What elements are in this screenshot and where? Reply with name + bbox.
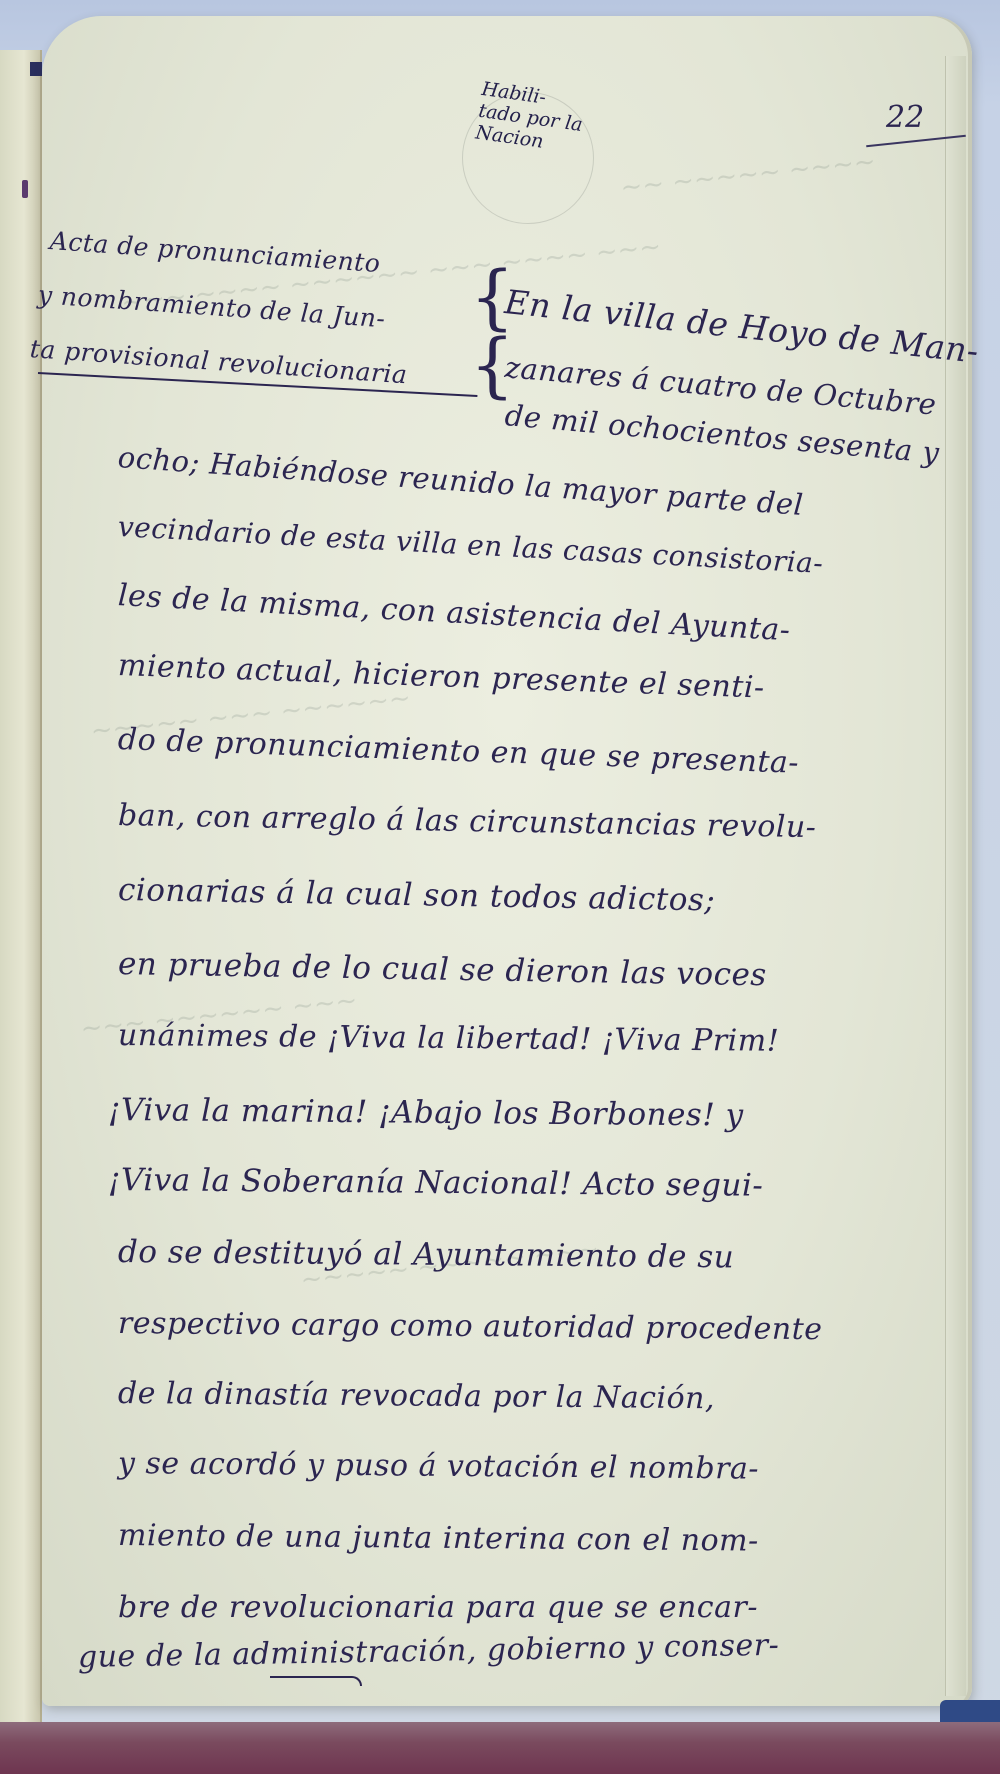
body-line: de la dinastía revocada por la Nación, — [118, 1376, 715, 1416]
spine-mark — [30, 62, 42, 76]
page-stack-edge — [945, 56, 966, 1696]
body-line: bre de revolucionaria para que se encar- — [118, 1590, 758, 1625]
body-line: y se acordó y puso á votación el nombra- — [118, 1446, 759, 1487]
body-line: ¡Viva la marina! ¡Abajo los Borbones! y — [108, 1092, 744, 1134]
body-line: unánimes de ¡Viva la libertad! ¡Viva Pri… — [118, 1018, 780, 1059]
body-line: do se destituyó al Ayuntamiento de su — [118, 1234, 734, 1275]
book-cover-maroon — [0, 1722, 1000, 1774]
body-line: respectivo cargo como autoridad proceden… — [118, 1306, 823, 1347]
underline-flourish — [270, 1676, 362, 1686]
body-line: miento de una junta interina con el nom- — [118, 1518, 759, 1559]
bookmark-ribbon — [22, 180, 28, 198]
folio-number: 22 — [886, 100, 924, 135]
manuscript-photo: ~~~ ~~~~ ~~~~~~ ~~~ ~~~~ ~~~ ~~ ~~~~~ ~~… — [0, 0, 1000, 1774]
body-line: ¡Viva la Soberanía Nacional! Acto segui- — [108, 1162, 764, 1204]
previous-page-edge — [0, 50, 42, 1730]
